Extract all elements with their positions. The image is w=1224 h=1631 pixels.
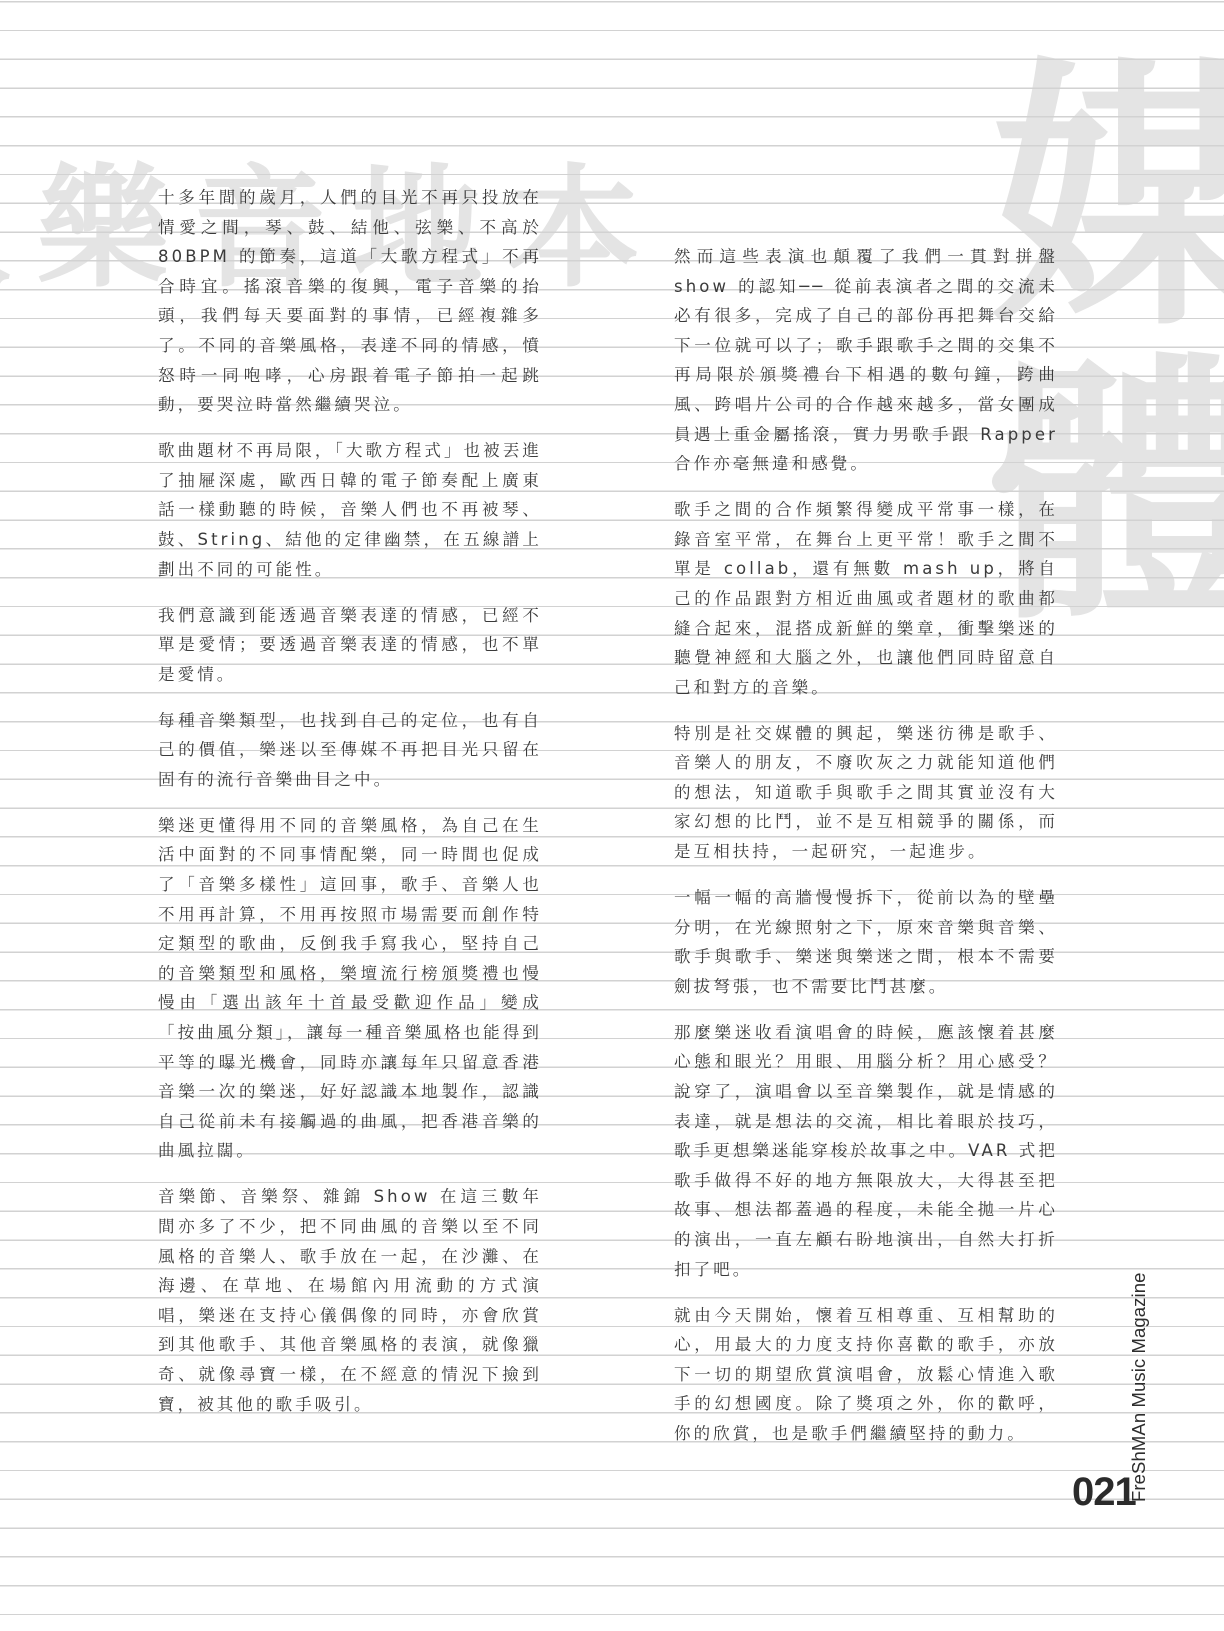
paragraph: 我們意識到能透過音樂表達的情感，已經不單是愛情；要透過音樂表達的情感，也不單是愛… <box>158 601 542 690</box>
paragraph: 每種音樂類型，也找到自己的定位，也有自己的價值，樂迷以至傳媒不再把目光只留在固有… <box>158 706 542 795</box>
watermark-char: 人 <box>0 158 12 290</box>
paragraph: 十多年間的歲月，人們的目光不再只投放在情愛之間，琴、鼓、結他、弦樂、不高於 80… <box>158 183 542 420</box>
article-left-column: 十多年間的歲月，人們的目光不再只投放在情愛之間，琴、鼓、結他、弦樂、不高於 80… <box>158 183 542 1436</box>
magazine-brand: FreShMAn Music Magazine <box>1128 1272 1150 1502</box>
paragraph: 一幅一幅的高牆慢慢拆下，從前以為的壁壘分明，在光線照射之下，原來音樂與音樂、歌手… <box>674 883 1058 1001</box>
paragraph: 歌曲題材不再局限，「大歌方程式」也被丟進了抽屜深處，歐西日韓的電子節奏配上廣東話… <box>158 436 542 584</box>
paragraph: 那麼樂迷收看演唱會的時候，應該懷着甚麼心態和眼光？用眼、用腦分析？用心感受？說穿… <box>674 1018 1058 1284</box>
paragraph: 音樂節、音樂祭、雜錦 Show 在這三數年間亦多了不少，把不同曲風的音樂以至不同… <box>158 1182 542 1419</box>
paragraph: 樂迷更懂得用不同的音樂風格，為自己在生活中面對的不同事情配樂，同一時間也促成了「… <box>158 811 542 1166</box>
watermark-char: 樂 <box>12 158 169 290</box>
article-right-column: 然而這些表演也顛覆了我們一貫對拼盤 show 的認知── 從前表演者之間的交流未… <box>674 242 1058 1465</box>
paragraph: 特別是社交媒體的興起，樂迷彷彿是歌手、音樂人的朋友，不廢吹灰之力就能知道他們的想… <box>674 719 1058 867</box>
paragraph: 然而這些表演也顛覆了我們一貫對拼盤 show 的認知── 從前表演者之間的交流未… <box>674 242 1058 479</box>
paragraph: 就由今天開始，懷着互相尊重、互相幫助的心，用最大的力度支持你喜歡的歌手，亦放下一… <box>674 1301 1058 1449</box>
paragraph: 歌手之間的合作頻繁得變成平常事一樣，在錄音室平常，在舞台上更平常！歌手之間不單是… <box>674 495 1058 702</box>
page-number: 021 <box>1072 1470 1136 1515</box>
